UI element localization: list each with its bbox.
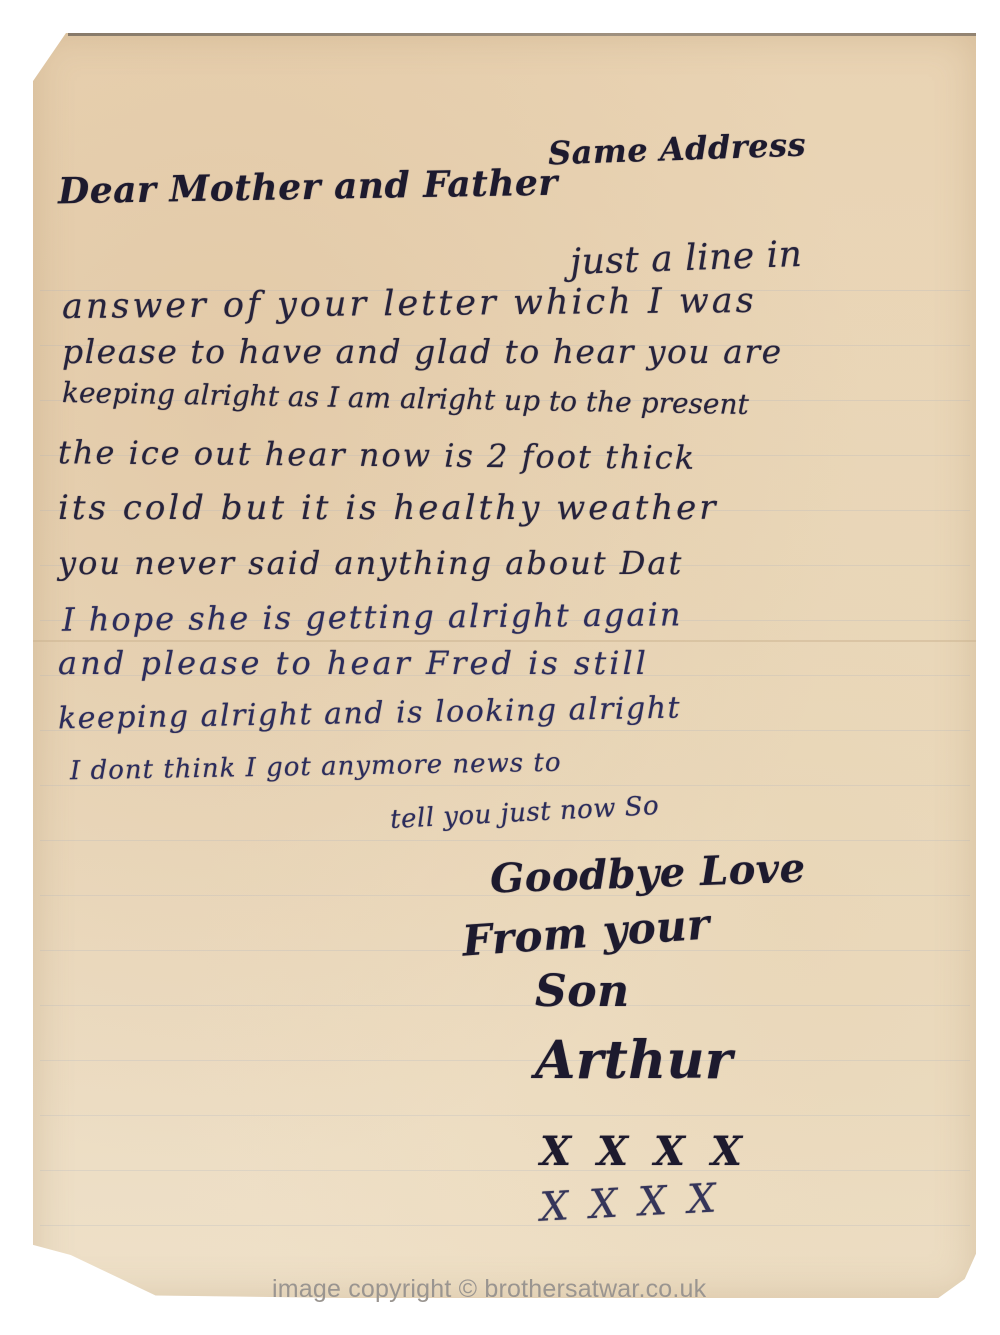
ruled-line bbox=[40, 840, 970, 841]
body-line: its cold but it is healthy weather bbox=[58, 488, 719, 528]
letter-page: Same Address Dear Mother and Father just… bbox=[0, 0, 1000, 1335]
ruled-line bbox=[40, 1005, 970, 1006]
ruled-line bbox=[40, 1170, 970, 1171]
paper-fold-crease bbox=[33, 640, 976, 642]
signature: Arthur bbox=[535, 1030, 733, 1091]
copyright-watermark: image copyright © brothersatwar.co.uk bbox=[272, 1275, 706, 1304]
kisses-row: X X X X bbox=[539, 1175, 721, 1230]
salutation: Dear Mother and Father bbox=[58, 162, 558, 213]
closing-son: Son bbox=[535, 966, 630, 1017]
ruled-line bbox=[40, 1115, 970, 1116]
body-line: you never said anything about Dat bbox=[58, 544, 683, 582]
body-line: the ice out hear now is 2 foot thick bbox=[58, 433, 696, 477]
ruled-line bbox=[40, 785, 970, 786]
paper-top-edge bbox=[68, 33, 976, 36]
kisses-row: X X X X bbox=[540, 1128, 748, 1175]
ruled-line bbox=[40, 1060, 970, 1061]
body-line: I hope she is getting alright again bbox=[62, 595, 683, 638]
body-line: and please to hear Fred is still bbox=[58, 644, 649, 682]
ruled-line bbox=[40, 1225, 970, 1226]
body-line: just a line in bbox=[569, 234, 803, 283]
body-line: answer of your letter which I was bbox=[62, 281, 757, 327]
body-line: please to have and glad to hear you are bbox=[62, 332, 783, 371]
